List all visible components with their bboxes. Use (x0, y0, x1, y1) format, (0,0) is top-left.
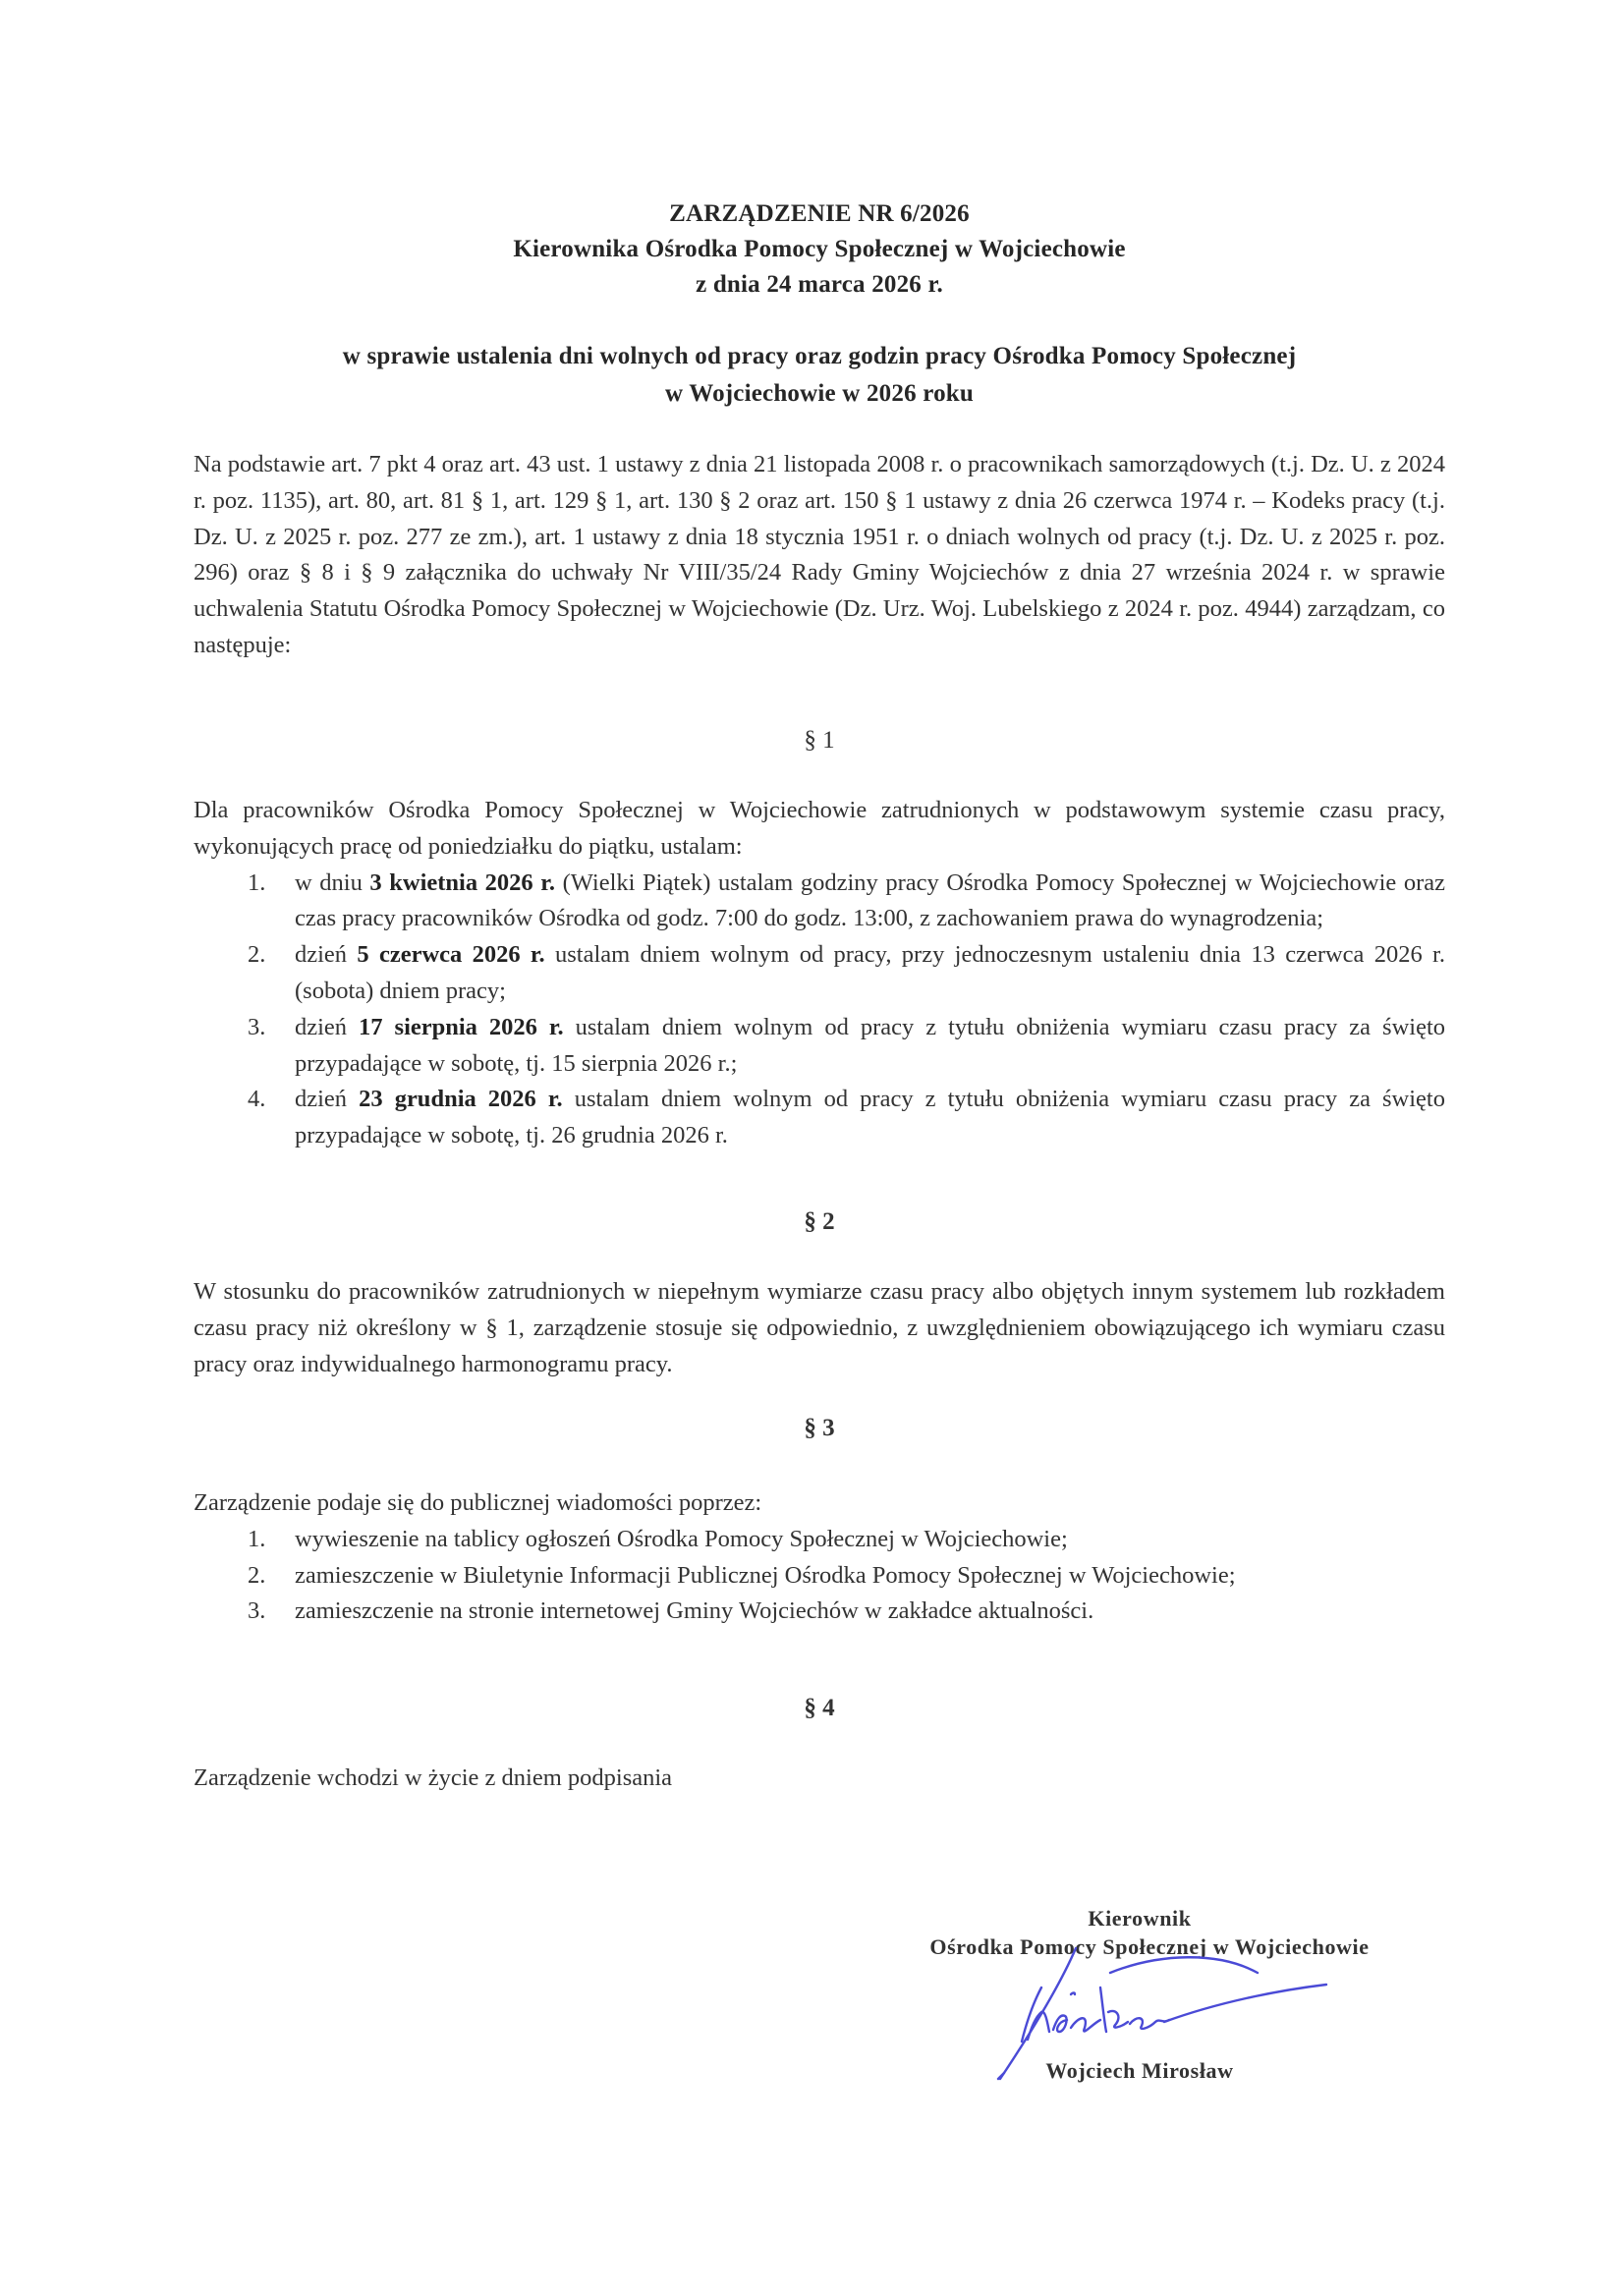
date-highlight: 23 grudnia 2026 r. (359, 1086, 563, 1112)
section-4-text: Zarządzenie wchodzi w życie z dniem podp… (194, 1761, 1445, 1797)
subject-line-1: w sprawie ustalenia dni wolnych od pracy… (194, 338, 1445, 375)
document-page: ZARZĄDZENIE NR 6/2026 Kierownika Ośrodka… (0, 0, 1624, 2296)
list-item: 3.zamieszczenie na stronie internetowej … (194, 1594, 1445, 1630)
date-highlight: 5 czerwca 2026 r. (357, 941, 544, 968)
section-mark-2: § 2 (194, 1208, 1445, 1236)
section-mark-3: § 3 (194, 1415, 1445, 1442)
preamble: Na podstawie art. 7 pkt 4 oraz art. 43 u… (194, 447, 1445, 664)
document-header: ZARZĄDZENIE NR 6/2026 Kierownika Ośrodka… (194, 196, 1445, 303)
section-1: Dla pracowników Ośrodka Pomocy Społeczne… (194, 793, 1445, 1154)
section-1-list: 1.w dniu 3 kwietnia 2026 r. (Wielki Piąt… (194, 866, 1445, 1154)
issuer-line: Kierownika Ośrodka Pomocy Społecznej w W… (194, 232, 1445, 267)
section-3-intro: Zarządzenie podaje się do publicznej wia… (194, 1485, 1445, 1522)
document-subject: w sprawie ustalenia dni wolnych od pracy… (194, 338, 1445, 413)
list-item: 1.wywieszenie na tablicy ogłoszeń Ośrodk… (194, 1522, 1445, 1558)
document-title: ZARZĄDZENIE NR 6/2026 (194, 196, 1445, 232)
section-3: Zarządzenie podaje się do publicznej wia… (194, 1485, 1445, 1630)
section-2: W stosunku do pracowników zatrudnionych … (194, 1274, 1445, 1382)
subject-line-2: w Wojciechowie w 2026 roku (194, 375, 1445, 413)
date-highlight: 3 kwietnia 2026 r. (369, 869, 555, 896)
signatory-role: Kierownik (1041, 1904, 1238, 1932)
list-item: 2.zamieszczenie w Biuletynie Informacji … (194, 1558, 1445, 1595)
section-3-list: 1.wywieszenie na tablicy ogłoszeń Ośrodk… (194, 1522, 1445, 1630)
date-highlight: 17 sierpnia 2026 r. (359, 1014, 564, 1040)
section-mark-4: § 4 (194, 1695, 1445, 1722)
section-4: Zarządzenie wchodzi w życie z dniem podp… (194, 1761, 1445, 1797)
preamble-text: Na podstawie art. 7 pkt 4 oraz art. 43 u… (194, 447, 1445, 664)
list-item: 3.dzień 17 sierpnia 2026 r. ustalam dnie… (194, 1010, 1445, 1083)
signatory-name: Wojciech Mirosław (1022, 2056, 1258, 2085)
list-item: 1.w dniu 3 kwietnia 2026 r. (Wielki Piąt… (194, 866, 1445, 938)
section-mark-1: § 1 (194, 727, 1445, 755)
list-item: 4.dzień 23 grudnia 2026 r. ustalam dniem… (194, 1082, 1445, 1154)
list-item: 2.dzień 5 czerwca 2026 r. ustalam dniem … (194, 937, 1445, 1010)
issue-date: z dnia 24 marca 2026 r. (194, 267, 1445, 303)
section-1-intro: Dla pracowników Ośrodka Pomocy Społeczne… (194, 793, 1445, 866)
section-2-text: W stosunku do pracowników zatrudnionych … (194, 1274, 1445, 1382)
